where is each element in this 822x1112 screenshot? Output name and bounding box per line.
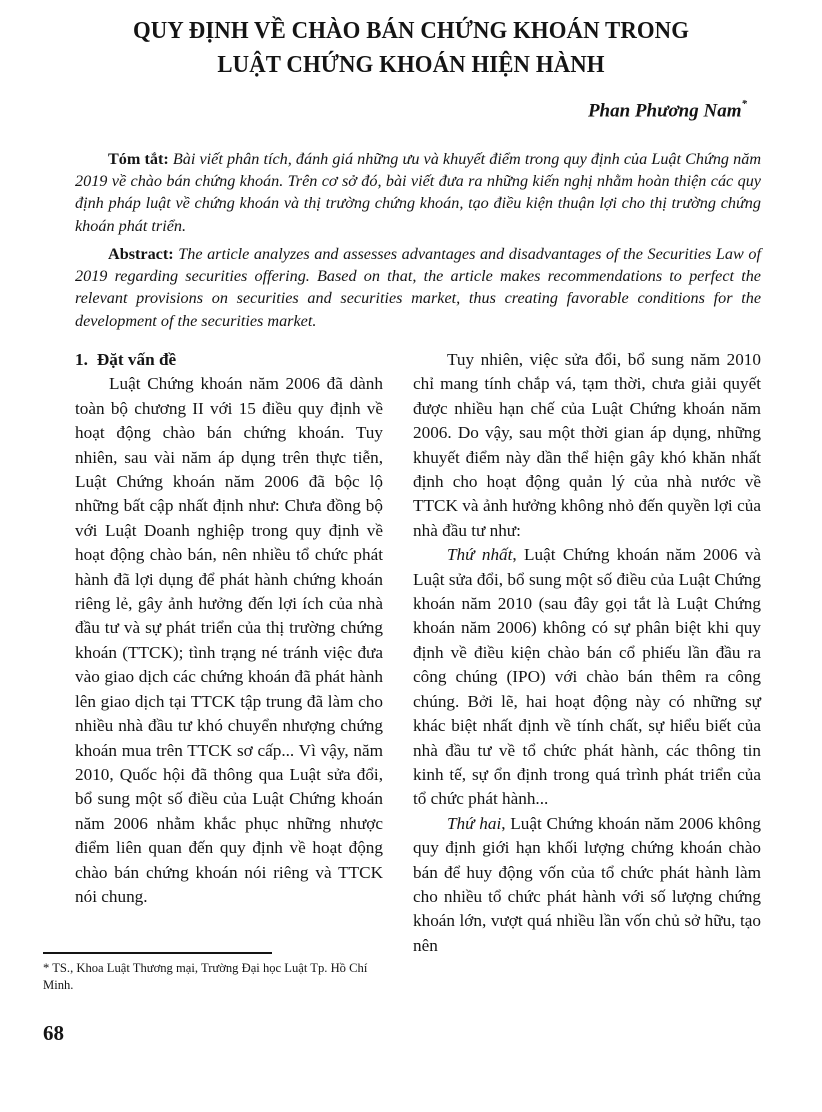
section-number: 1. <box>75 350 88 369</box>
paragraph-4-text: , Luật Chứng khoán năm 2006 không quy đị… <box>413 814 761 955</box>
paragraph-3-lead: Thứ nhất <box>447 545 512 564</box>
right-column: Tuy nhiên, việc sửa đổi, bổ sung năm 201… <box>413 348 761 958</box>
paragraph-4-lead: Thứ hai <box>447 814 501 833</box>
author-footnote-marker: * <box>742 98 748 110</box>
left-column: 1.Đặt vấn đề Luật Chứng khoán năm 2006 đ… <box>75 348 383 909</box>
abstract-en-text: The article analyzes and assesses advant… <box>75 245 761 330</box>
section-heading: 1.Đặt vấn đề <box>75 348 383 372</box>
abstract-english: Abstract: The article analyzes and asses… <box>75 243 761 332</box>
title-line-2: LUẬT CHỨNG KHOÁN HIỆN HÀNH <box>29 48 793 82</box>
footnote-divider <box>43 952 272 954</box>
title-line-1: QUY ĐỊNH VỀ CHÀO BÁN CHỨNG KHOÁN TRONG <box>29 14 793 48</box>
footnote-text: TS., Khoa Luật Thương mại, Trường Đại họ… <box>43 961 367 992</box>
body-paragraph-4: Thứ hai, Luật Chứng khoán năm 2006 không… <box>413 812 761 958</box>
article-title: QUY ĐỊNH VỀ CHÀO BÁN CHỨNG KHOÁN TRONG L… <box>29 14 793 82</box>
author-byline: Phan Phương Nam* <box>588 100 747 122</box>
body-paragraph-2: Tuy nhiên, việc sửa đổi, bổ sung năm 201… <box>413 348 761 543</box>
page-number: 68 <box>43 1021 64 1046</box>
abstract-vi-text: Bài viết phân tích, đánh giá những ưu và… <box>75 150 761 235</box>
footnote: * TS., Khoa Luật Thương mại, Trường Đại … <box>43 960 383 994</box>
author-name: Phan Phương Nam <box>588 100 742 121</box>
section-title: Đặt vấn đề <box>97 350 176 369</box>
abstract-en-label: Abstract: <box>108 245 174 263</box>
paragraph-3-text: , Luật Chứng khoán năm 2006 và Luật sửa … <box>413 545 761 808</box>
body-paragraph-3: Thứ nhất, Luật Chứng khoán năm 2006 và L… <box>413 543 761 811</box>
abstract-vi-label: Tóm tắt: <box>108 150 169 168</box>
abstract-vietnamese: Tóm tắt: Bài viết phân tích, đánh giá nh… <box>75 148 761 237</box>
body-paragraph-1: Luật Chứng khoán năm 2006 đã dành toàn b… <box>75 372 383 909</box>
